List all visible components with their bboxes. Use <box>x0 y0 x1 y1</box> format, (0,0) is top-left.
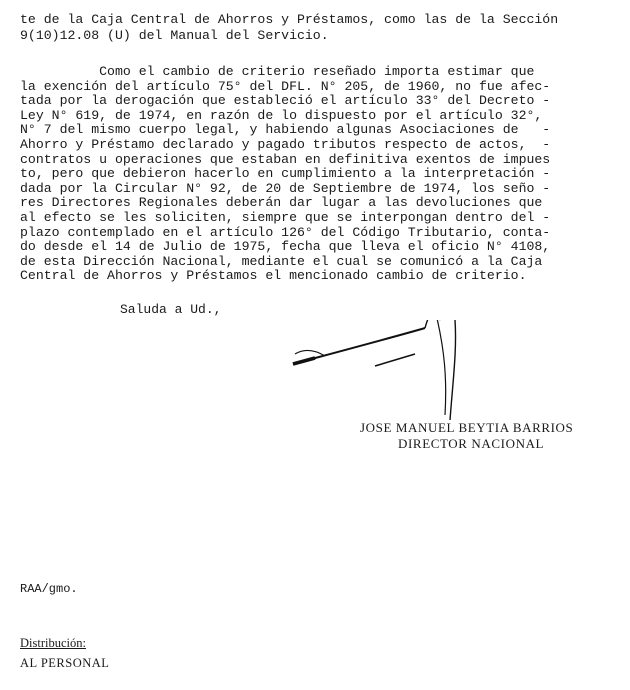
signatory-name: JOSE MANUEL BEYTIA BARRIOS <box>360 420 573 436</box>
signatory-title: DIRECTOR NACIONAL <box>398 436 544 452</box>
text-line: Central de Ahorros y Préstamos el mencio… <box>20 268 526 284</box>
text-line: Ley N° 619, de 1974, en razón de lo disp… <box>20 108 542 124</box>
text-line: plazo contemplado en el artículo 126° de… <box>20 225 550 241</box>
text-line: to, pero que debieron hacerlo en cumplim… <box>20 166 550 182</box>
distribution-value: AL PERSONAL <box>20 656 109 671</box>
closing-salutation: Saluda a Ud., <box>120 302 221 317</box>
distribution-label: Distribución: <box>20 636 86 651</box>
text-line: N° 7 del mismo cuerpo legal, y habiendo … <box>20 122 550 138</box>
text-line: dada por la Circular N° 92, de 20 de Sep… <box>20 181 550 197</box>
text-line: al efecto se les soliciten, siempre que … <box>20 210 550 226</box>
text-line: res Directores Regionales deberán dar lu… <box>20 195 542 211</box>
text-line: 9(10)12.08 (U) del Manual del Servicio. <box>20 28 329 44</box>
text-line: tada por la derogación que estableció el… <box>20 93 550 109</box>
text-line: de esta Dirección Nacional, mediante el … <box>20 254 542 270</box>
text-line: Ahorro y Préstamo declarado y pagado tri… <box>20 137 550 153</box>
text-line: la exención del artículo 75° del DFL. N°… <box>20 79 550 95</box>
text-line: contratos u operaciones que estaban en d… <box>20 152 550 168</box>
text-line: do desde el 14 de Julio de 1975, fecha q… <box>20 239 550 255</box>
handwritten-signature <box>285 320 545 430</box>
text-line: Como el cambio de criterio reseñado impo… <box>20 64 534 80</box>
reference-initials: RAA/gmo. <box>20 582 78 596</box>
text-line: te de la Caja Central de Ahorros y Prést… <box>20 12 558 28</box>
